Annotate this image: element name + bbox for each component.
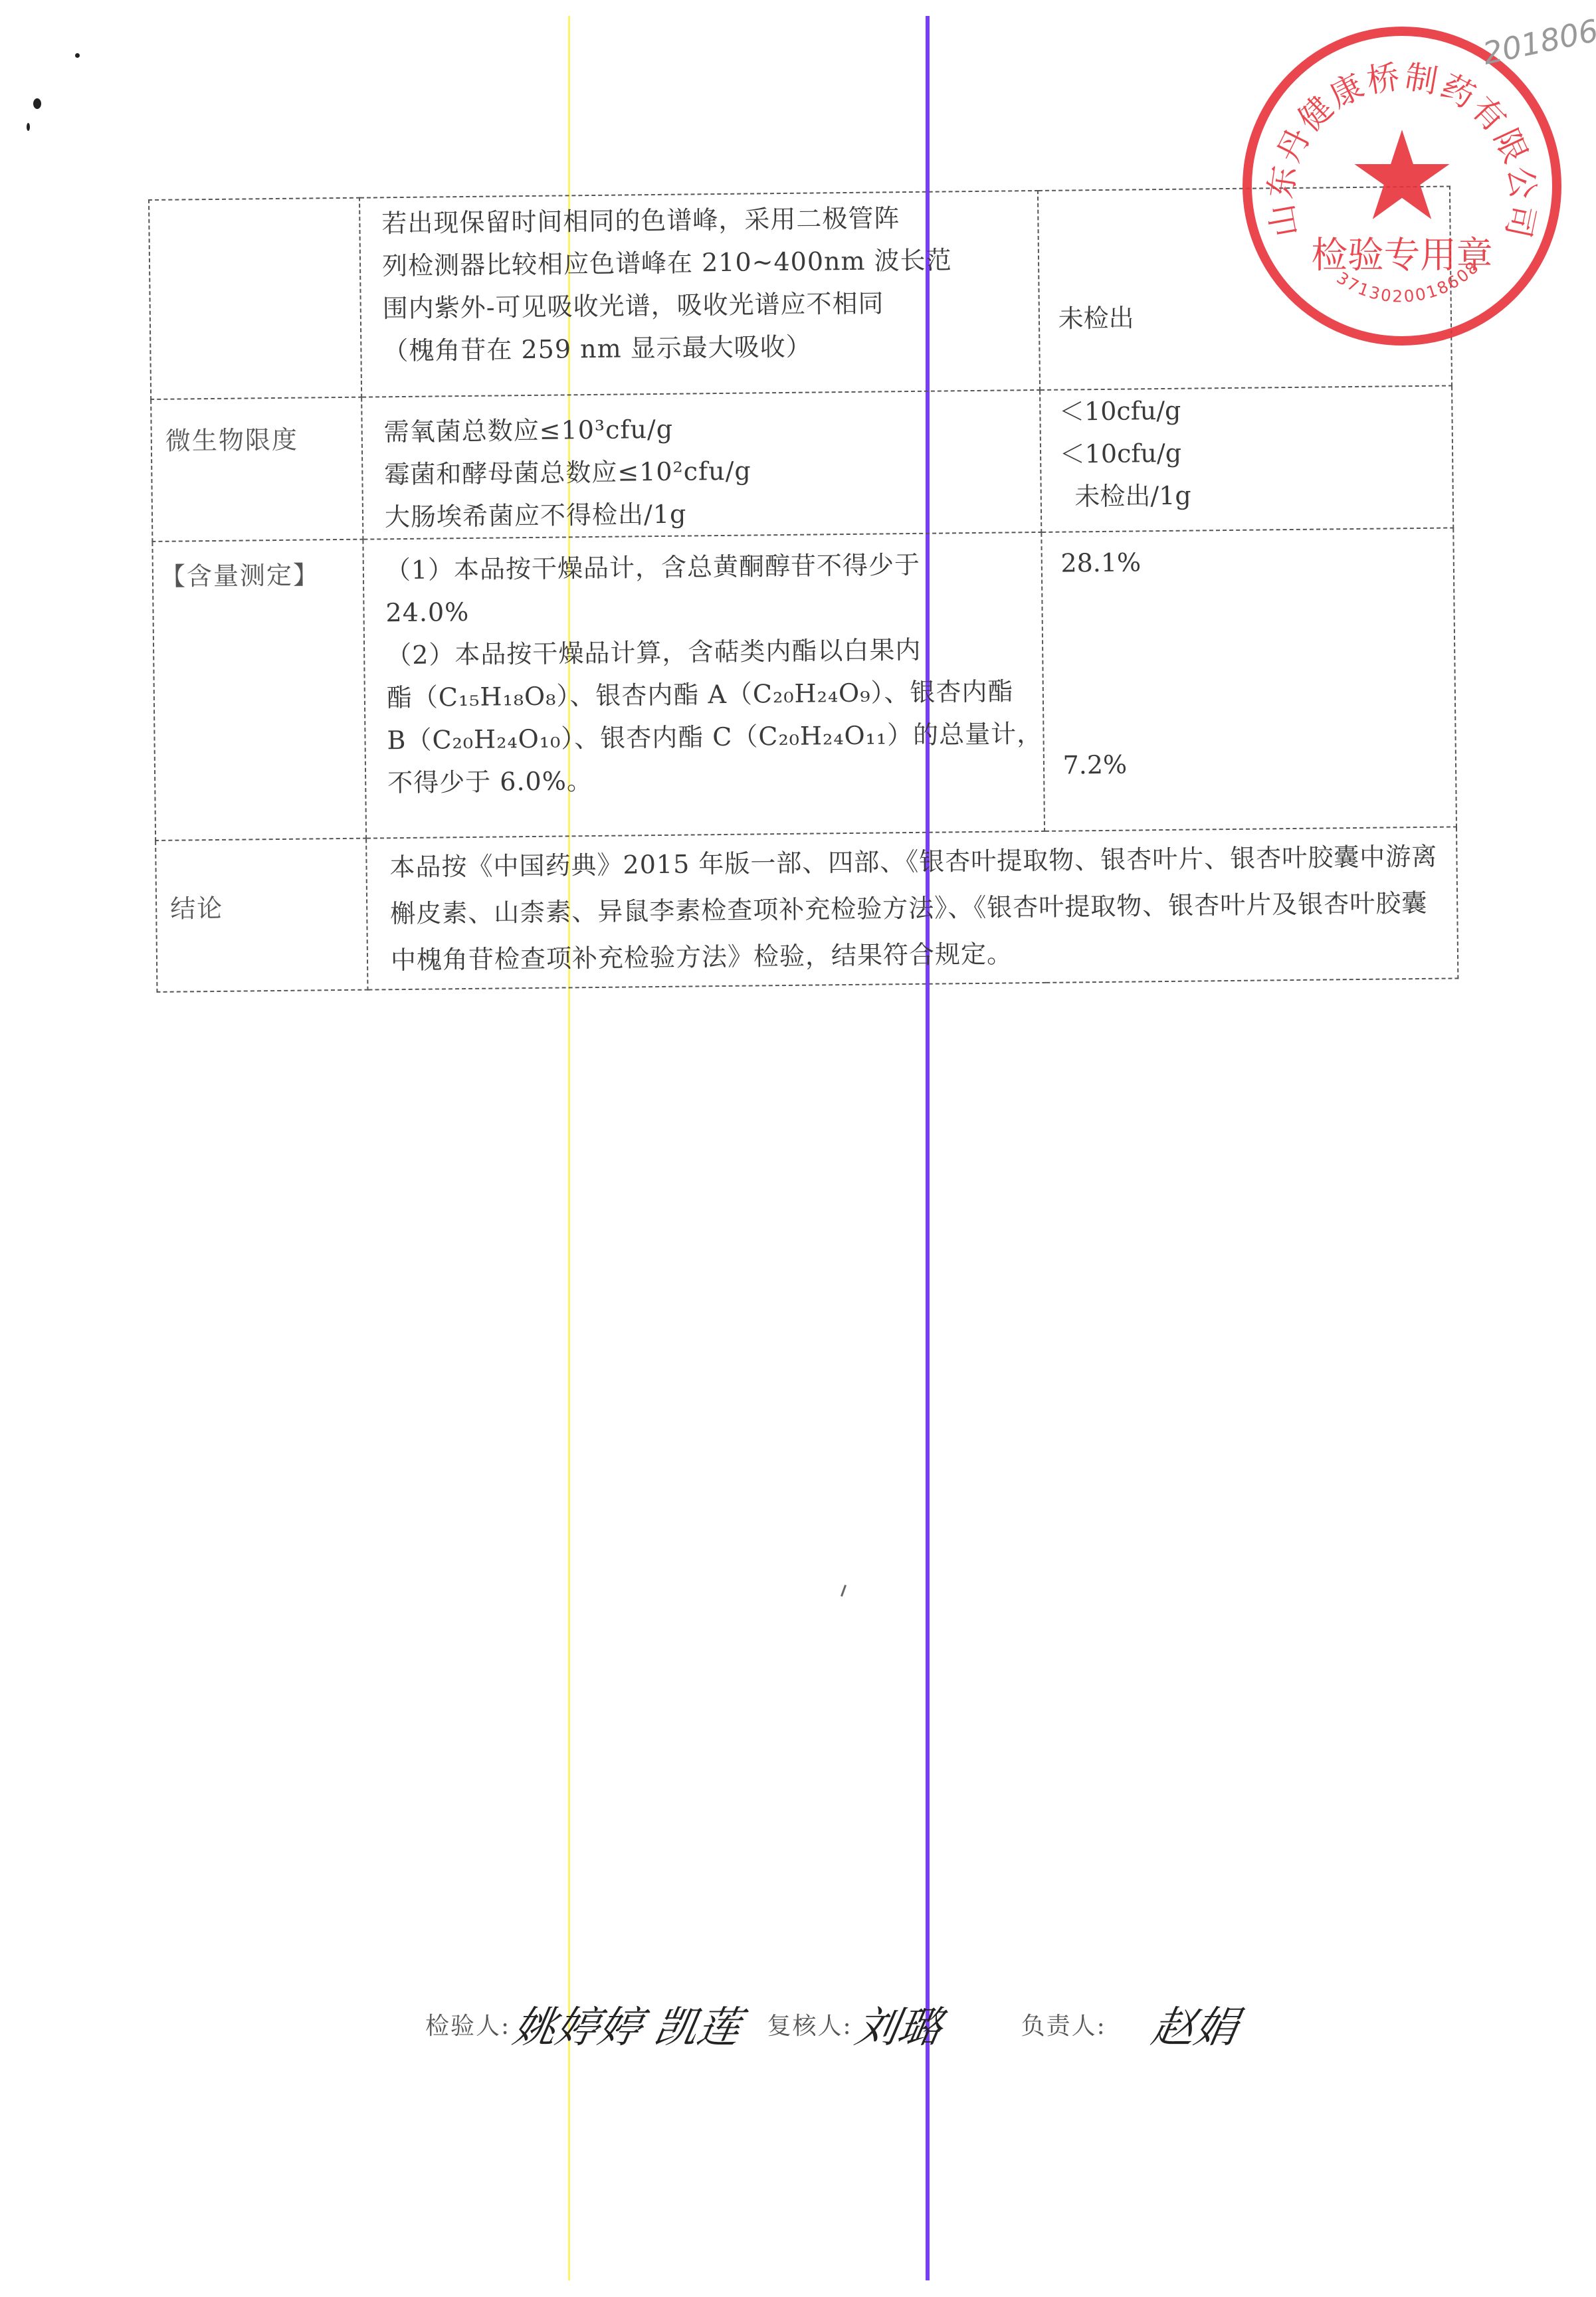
standard-line: （槐角苷在 259 nm 显示最大吸收） bbox=[361, 323, 1039, 373]
scan-speck bbox=[27, 123, 30, 131]
result-value: 28.1% bbox=[1042, 528, 1453, 584]
result-value: 7.2% bbox=[1043, 580, 1456, 786]
table-row: 【含量测定】 （1）本品按干燥品计，含总黄酮醇苷不得少于 24.0% （2）本品… bbox=[152, 528, 1456, 840]
standard-line: 不得少于 6.0%。 bbox=[366, 755, 1043, 805]
result-value: 未检出/1g bbox=[1041, 471, 1452, 518]
conclusion-row: 结论 本品按《中国药典》2015 年版一部、四部、《银杏叶提取物、银杏叶片、银杏… bbox=[155, 827, 1458, 991]
responsible-signature: 赵娟 bbox=[1147, 1993, 1243, 2054]
scan-mark bbox=[841, 1585, 847, 1597]
signature-block: 检验人: 姚婷婷 凯莲 复核人: 刘璐 负责人: 赵娟 bbox=[425, 1993, 1264, 2054]
reviewer-label: 复核人: bbox=[767, 2007, 852, 2041]
scan-speck bbox=[75, 53, 80, 58]
inspector-signature: 姚婷婷 凯莲 bbox=[509, 1993, 746, 2054]
conclusion-label: 结论 bbox=[170, 887, 224, 930]
stamp-graphic: 山东丹健康桥制药有限公司 检验专用章 3713020018608 bbox=[1252, 36, 1552, 336]
result-value: ＜10cfu/g bbox=[1041, 429, 1452, 475]
item-cell: 微生物限度 bbox=[151, 397, 363, 542]
conclusion-text: 本品按《中国药典》2015 年版一部、四部、《银杏叶提取物、银杏叶片、银杏叶胶囊… bbox=[367, 827, 1457, 989]
standard-line: 大肠埃希菌应不得检出/1g bbox=[363, 489, 1041, 539]
standard-line: （2）本品按干燥品计算，含萜类内酯以白果内 bbox=[365, 627, 1042, 677]
standard-cell: 需氧菌总数应≤10³cfu/g 霉菌和酵母菌总数应≤10²cfu/g 大肠埃希菌… bbox=[361, 390, 1041, 540]
standard-line: 霉菌和酵母菌总数应≤10²cfu/g bbox=[363, 447, 1040, 496]
standard-line: 需氧菌总数应≤10³cfu/g bbox=[362, 404, 1039, 454]
scan-speck bbox=[33, 98, 41, 109]
result-cell: ＜10cfu/g ＜10cfu/g 未检出/1g bbox=[1040, 385, 1454, 532]
item-label: 【含量测定】 bbox=[160, 553, 320, 598]
item-cell bbox=[149, 198, 361, 399]
standard-line: 若出现保留时间相同的色谱峰，采用二极管阵 bbox=[360, 195, 1037, 245]
item-cell: 【含量测定】 bbox=[152, 540, 366, 841]
standard-line: 24.0% bbox=[364, 585, 1041, 635]
standard-cell: 若出现保留时间相同的色谱峰，采用二极管阵 列检测器比较相应色谱峰在 210~40… bbox=[359, 191, 1040, 397]
standard-line: 围内紫外-可见吸收光谱，吸收光谱应不相同 bbox=[361, 280, 1038, 330]
responsible-label: 负责人: bbox=[1021, 2007, 1106, 2041]
reviewer-signature: 刘璐 bbox=[851, 1993, 947, 2054]
standard-line: 酯（C₁₅H₁₈O₈）、银杏内酯 A（C₂₀H₂₄O₉）、银杏内酯 bbox=[365, 670, 1043, 720]
star-icon bbox=[1354, 130, 1449, 219]
result-value: ＜10cfu/g bbox=[1041, 386, 1452, 433]
table-row: 微生物限度 需氧菌总数应≤10³cfu/g 霉菌和酵母菌总数应≤10²cfu/g… bbox=[151, 385, 1453, 541]
standard-cell: （1）本品按干燥品计，含总黄酮醇苷不得少于 24.0% （2）本品按干燥品计算，… bbox=[363, 532, 1044, 839]
conclusion-cell: 本品按《中国药典》2015 年版一部、四部、《银杏叶提取物、银杏叶片、银杏叶胶囊… bbox=[366, 827, 1458, 989]
company-inspection-stamp: 山东丹健康桥制药有限公司 检验专用章 3713020018608 bbox=[1243, 27, 1561, 346]
standard-line: （1）本品按干燥品计，含总黄酮醇苷不得少于 bbox=[364, 542, 1041, 592]
standard-line: 列检测器比较相应色谱峰在 210~400nm 波长范 bbox=[361, 238, 1038, 288]
item-label: 微生物限度 bbox=[165, 419, 298, 462]
standard-line: B（C₂₀H₂₄O₁₀）、银杏内酯 C（C₂₀H₂₄O₁₁）的总量计， bbox=[365, 712, 1043, 762]
inspector-label: 检验人: bbox=[425, 2007, 510, 2041]
item-cell: 结论 bbox=[155, 839, 367, 992]
result-cell: 28.1% 7.2% bbox=[1041, 528, 1456, 831]
